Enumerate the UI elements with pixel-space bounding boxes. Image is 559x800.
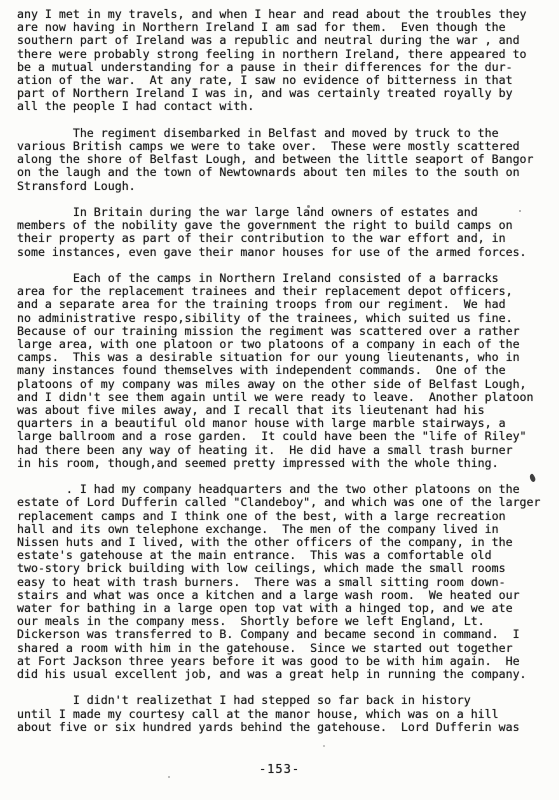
ink-speck xyxy=(323,745,325,747)
paragraph: any I met in my travels, and when I hear… xyxy=(17,8,555,114)
paragraph: The regiment disembarked in Belfast and … xyxy=(17,127,555,193)
paragraph: . I had my company headquarters and the … xyxy=(17,483,555,681)
ink-speck xyxy=(519,210,521,212)
paragraph: I didn't realizethat I had stepped so fa… xyxy=(17,694,555,734)
text-column: any I met in my travels, and when I hear… xyxy=(17,8,555,747)
paragraph: In Britain during the war large land own… xyxy=(17,206,555,259)
ink-speck xyxy=(307,205,310,208)
ink-speck xyxy=(168,776,170,778)
paragraph: Each of the camps in Northern Ireland co… xyxy=(17,272,555,470)
document-page: any I met in my travels, and when I hear… xyxy=(0,0,559,800)
page-number: -153- xyxy=(0,762,559,776)
